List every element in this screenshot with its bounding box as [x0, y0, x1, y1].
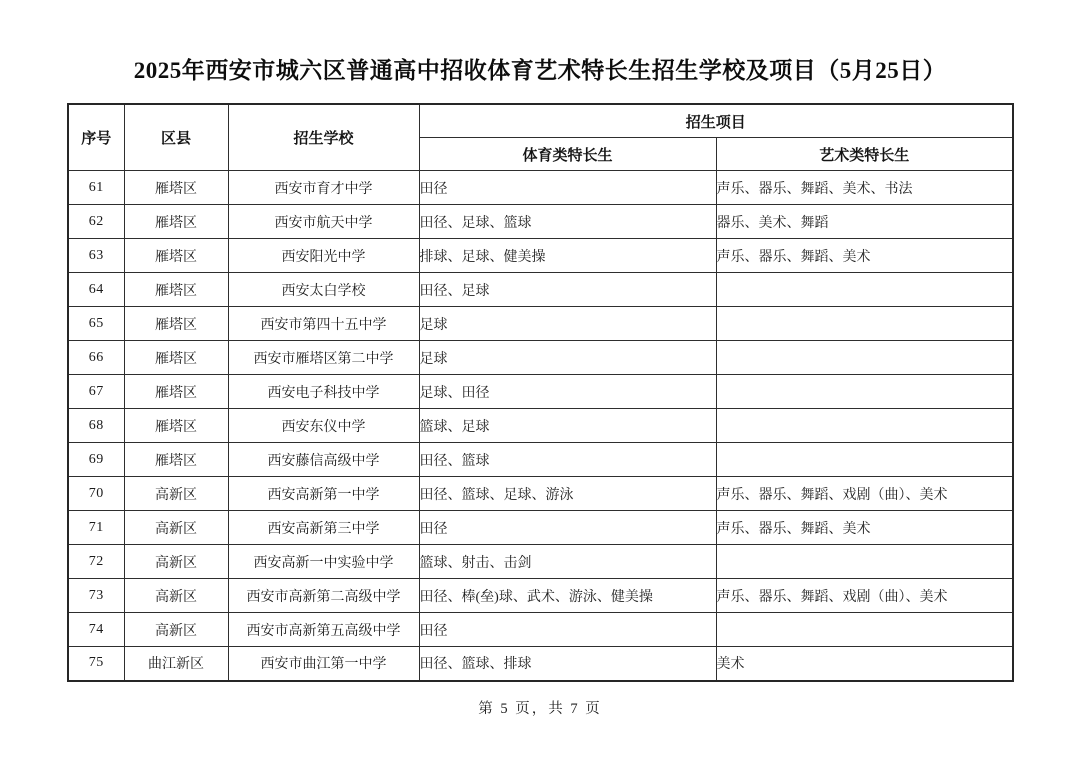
header-row-top: 序号 区县 招生学校 招生项目 — [68, 104, 1013, 138]
cell-sports: 田径、篮球、排球 — [419, 647, 716, 681]
cell-arts — [716, 273, 1013, 307]
cell-sports: 足球 — [419, 307, 716, 341]
cell-no: 62 — [68, 205, 124, 239]
cell-school: 西安东仪中学 — [228, 409, 419, 443]
cell-no: 61 — [68, 171, 124, 205]
header-col-arts: 艺术类特长生 — [716, 138, 1013, 171]
table-row: 73 高新区 西安市高新第二高级中学 田径、棒(垒)球、武术、游泳、健美操 声乐… — [68, 579, 1013, 613]
table-row: 67 雁塔区 西安电子科技中学 足球、田径 — [68, 375, 1013, 409]
cell-arts: 声乐、器乐、舞蹈、美术、书法 — [716, 171, 1013, 205]
header-col-projects: 招生项目 — [419, 104, 1013, 138]
cell-district: 雁塔区 — [124, 307, 228, 341]
cell-district: 高新区 — [124, 511, 228, 545]
cell-school: 西安市曲江第一中学 — [228, 647, 419, 681]
cell-district: 高新区 — [124, 579, 228, 613]
cell-arts — [716, 409, 1013, 443]
cell-arts — [716, 341, 1013, 375]
header-col-school: 招生学校 — [228, 104, 419, 171]
cell-no: 64 — [68, 273, 124, 307]
cell-sports: 田径 — [419, 171, 716, 205]
cell-district: 雁塔区 — [124, 443, 228, 477]
cell-school: 西安市高新第五高级中学 — [228, 613, 419, 647]
cell-no: 69 — [68, 443, 124, 477]
cell-district: 雁塔区 — [124, 239, 228, 273]
cell-arts: 声乐、器乐、舞蹈、戏剧（曲）、美术 — [716, 579, 1013, 613]
cell-district: 雁塔区 — [124, 409, 228, 443]
cell-sports: 田径 — [419, 613, 716, 647]
table-row: 61 雁塔区 西安市育才中学 田径 声乐、器乐、舞蹈、美术、书法 — [68, 171, 1013, 205]
table-row: 71 高新区 西安高新第三中学 田径 声乐、器乐、舞蹈、美术 — [68, 511, 1013, 545]
cell-district: 曲江新区 — [124, 647, 228, 681]
cell-school: 西安阳光中学 — [228, 239, 419, 273]
cell-school: 西安市高新第二高级中学 — [228, 579, 419, 613]
cell-sports: 田径、足球、篮球 — [419, 205, 716, 239]
document-page: 2025年西安市城六区普通高中招收体育艺术特长生招生学校及项目（5月25日） 序… — [0, 0, 1080, 763]
cell-sports: 田径 — [419, 511, 716, 545]
table-body: 61 雁塔区 西安市育才中学 田径 声乐、器乐、舞蹈、美术、书法 62 雁塔区 … — [68, 171, 1013, 681]
cell-school: 西安藤信高级中学 — [228, 443, 419, 477]
cell-school: 西安高新第一中学 — [228, 477, 419, 511]
cell-no: 74 — [68, 613, 124, 647]
cell-arts: 器乐、美术、舞蹈 — [716, 205, 1013, 239]
cell-district: 雁塔区 — [124, 171, 228, 205]
cell-sports: 篮球、射击、击剑 — [419, 545, 716, 579]
cell-school: 西安高新第三中学 — [228, 511, 419, 545]
cell-no: 67 — [68, 375, 124, 409]
cell-sports: 田径、足球 — [419, 273, 716, 307]
table-row: 62 雁塔区 西安市航天中学 田径、足球、篮球 器乐、美术、舞蹈 — [68, 205, 1013, 239]
table-row: 65 雁塔区 西安市第四十五中学 足球 — [68, 307, 1013, 341]
header-col-district: 区县 — [124, 104, 228, 171]
cell-district: 雁塔区 — [124, 273, 228, 307]
table-row: 72 高新区 西安高新一中实验中学 篮球、射击、击剑 — [68, 545, 1013, 579]
table-row: 75 曲江新区 西安市曲江第一中学 田径、篮球、排球 美术 — [68, 647, 1013, 681]
cell-no: 73 — [68, 579, 124, 613]
cell-arts — [716, 307, 1013, 341]
cell-arts — [716, 545, 1013, 579]
table-header: 序号 区县 招生学校 招生项目 体育类特长生 艺术类特长生 — [68, 104, 1013, 171]
table-row: 70 高新区 西安高新第一中学 田径、篮球、足球、游泳 声乐、器乐、舞蹈、戏剧（… — [68, 477, 1013, 511]
cell-district: 雁塔区 — [124, 375, 228, 409]
table-row: 68 雁塔区 西安东仪中学 篮球、足球 — [68, 409, 1013, 443]
cell-sports: 田径、棒(垒)球、武术、游泳、健美操 — [419, 579, 716, 613]
cell-no: 71 — [68, 511, 124, 545]
cell-school: 西安市育才中学 — [228, 171, 419, 205]
cell-arts: 美术 — [716, 647, 1013, 681]
cell-district: 高新区 — [124, 613, 228, 647]
cell-sports: 足球 — [419, 341, 716, 375]
cell-school: 西安电子科技中学 — [228, 375, 419, 409]
cell-school: 西安市雁塔区第二中学 — [228, 341, 419, 375]
cell-school: 西安太白学校 — [228, 273, 419, 307]
cell-no: 72 — [68, 545, 124, 579]
cell-district: 高新区 — [124, 477, 228, 511]
header-col-index: 序号 — [68, 104, 124, 171]
cell-no: 66 — [68, 341, 124, 375]
cell-school: 西安高新一中实验中学 — [228, 545, 419, 579]
cell-arts: 声乐、器乐、舞蹈、美术 — [716, 239, 1013, 273]
cell-district: 高新区 — [124, 545, 228, 579]
cell-sports: 田径、篮球 — [419, 443, 716, 477]
cell-no: 65 — [68, 307, 124, 341]
page-title: 2025年西安市城六区普通高中招收体育艺术特长生招生学校及项目（5月25日） — [0, 52, 1080, 85]
table-row: 74 高新区 西安市高新第五高级中学 田径 — [68, 613, 1013, 647]
page-number: 第 5 页，共 7 页 — [0, 697, 1080, 718]
cell-no: 63 — [68, 239, 124, 273]
cell-no: 68 — [68, 409, 124, 443]
cell-arts — [716, 613, 1013, 647]
cell-district: 雁塔区 — [124, 205, 228, 239]
cell-arts: 声乐、器乐、舞蹈、美术 — [716, 511, 1013, 545]
table-row: 66 雁塔区 西安市雁塔区第二中学 足球 — [68, 341, 1013, 375]
cell-sports: 田径、篮球、足球、游泳 — [419, 477, 716, 511]
cell-arts — [716, 443, 1013, 477]
table-row: 69 雁塔区 西安藤信高级中学 田径、篮球 — [68, 443, 1013, 477]
cell-no: 70 — [68, 477, 124, 511]
cell-school: 西安市航天中学 — [228, 205, 419, 239]
cell-sports: 篮球、足球 — [419, 409, 716, 443]
header-col-sports: 体育类特长生 — [419, 138, 716, 171]
table-row: 63 雁塔区 西安阳光中学 排球、足球、健美操 声乐、器乐、舞蹈、美术 — [68, 239, 1013, 273]
cell-district: 雁塔区 — [124, 341, 228, 375]
cell-arts — [716, 375, 1013, 409]
cell-school: 西安市第四十五中学 — [228, 307, 419, 341]
admissions-table: 序号 区县 招生学校 招生项目 体育类特长生 艺术类特长生 61 雁塔区 西安市… — [67, 103, 1014, 682]
table-row: 64 雁塔区 西安太白学校 田径、足球 — [68, 273, 1013, 307]
cell-sports: 足球、田径 — [419, 375, 716, 409]
cell-arts: 声乐、器乐、舞蹈、戏剧（曲）、美术 — [716, 477, 1013, 511]
cell-no: 75 — [68, 647, 124, 681]
cell-sports: 排球、足球、健美操 — [419, 239, 716, 273]
